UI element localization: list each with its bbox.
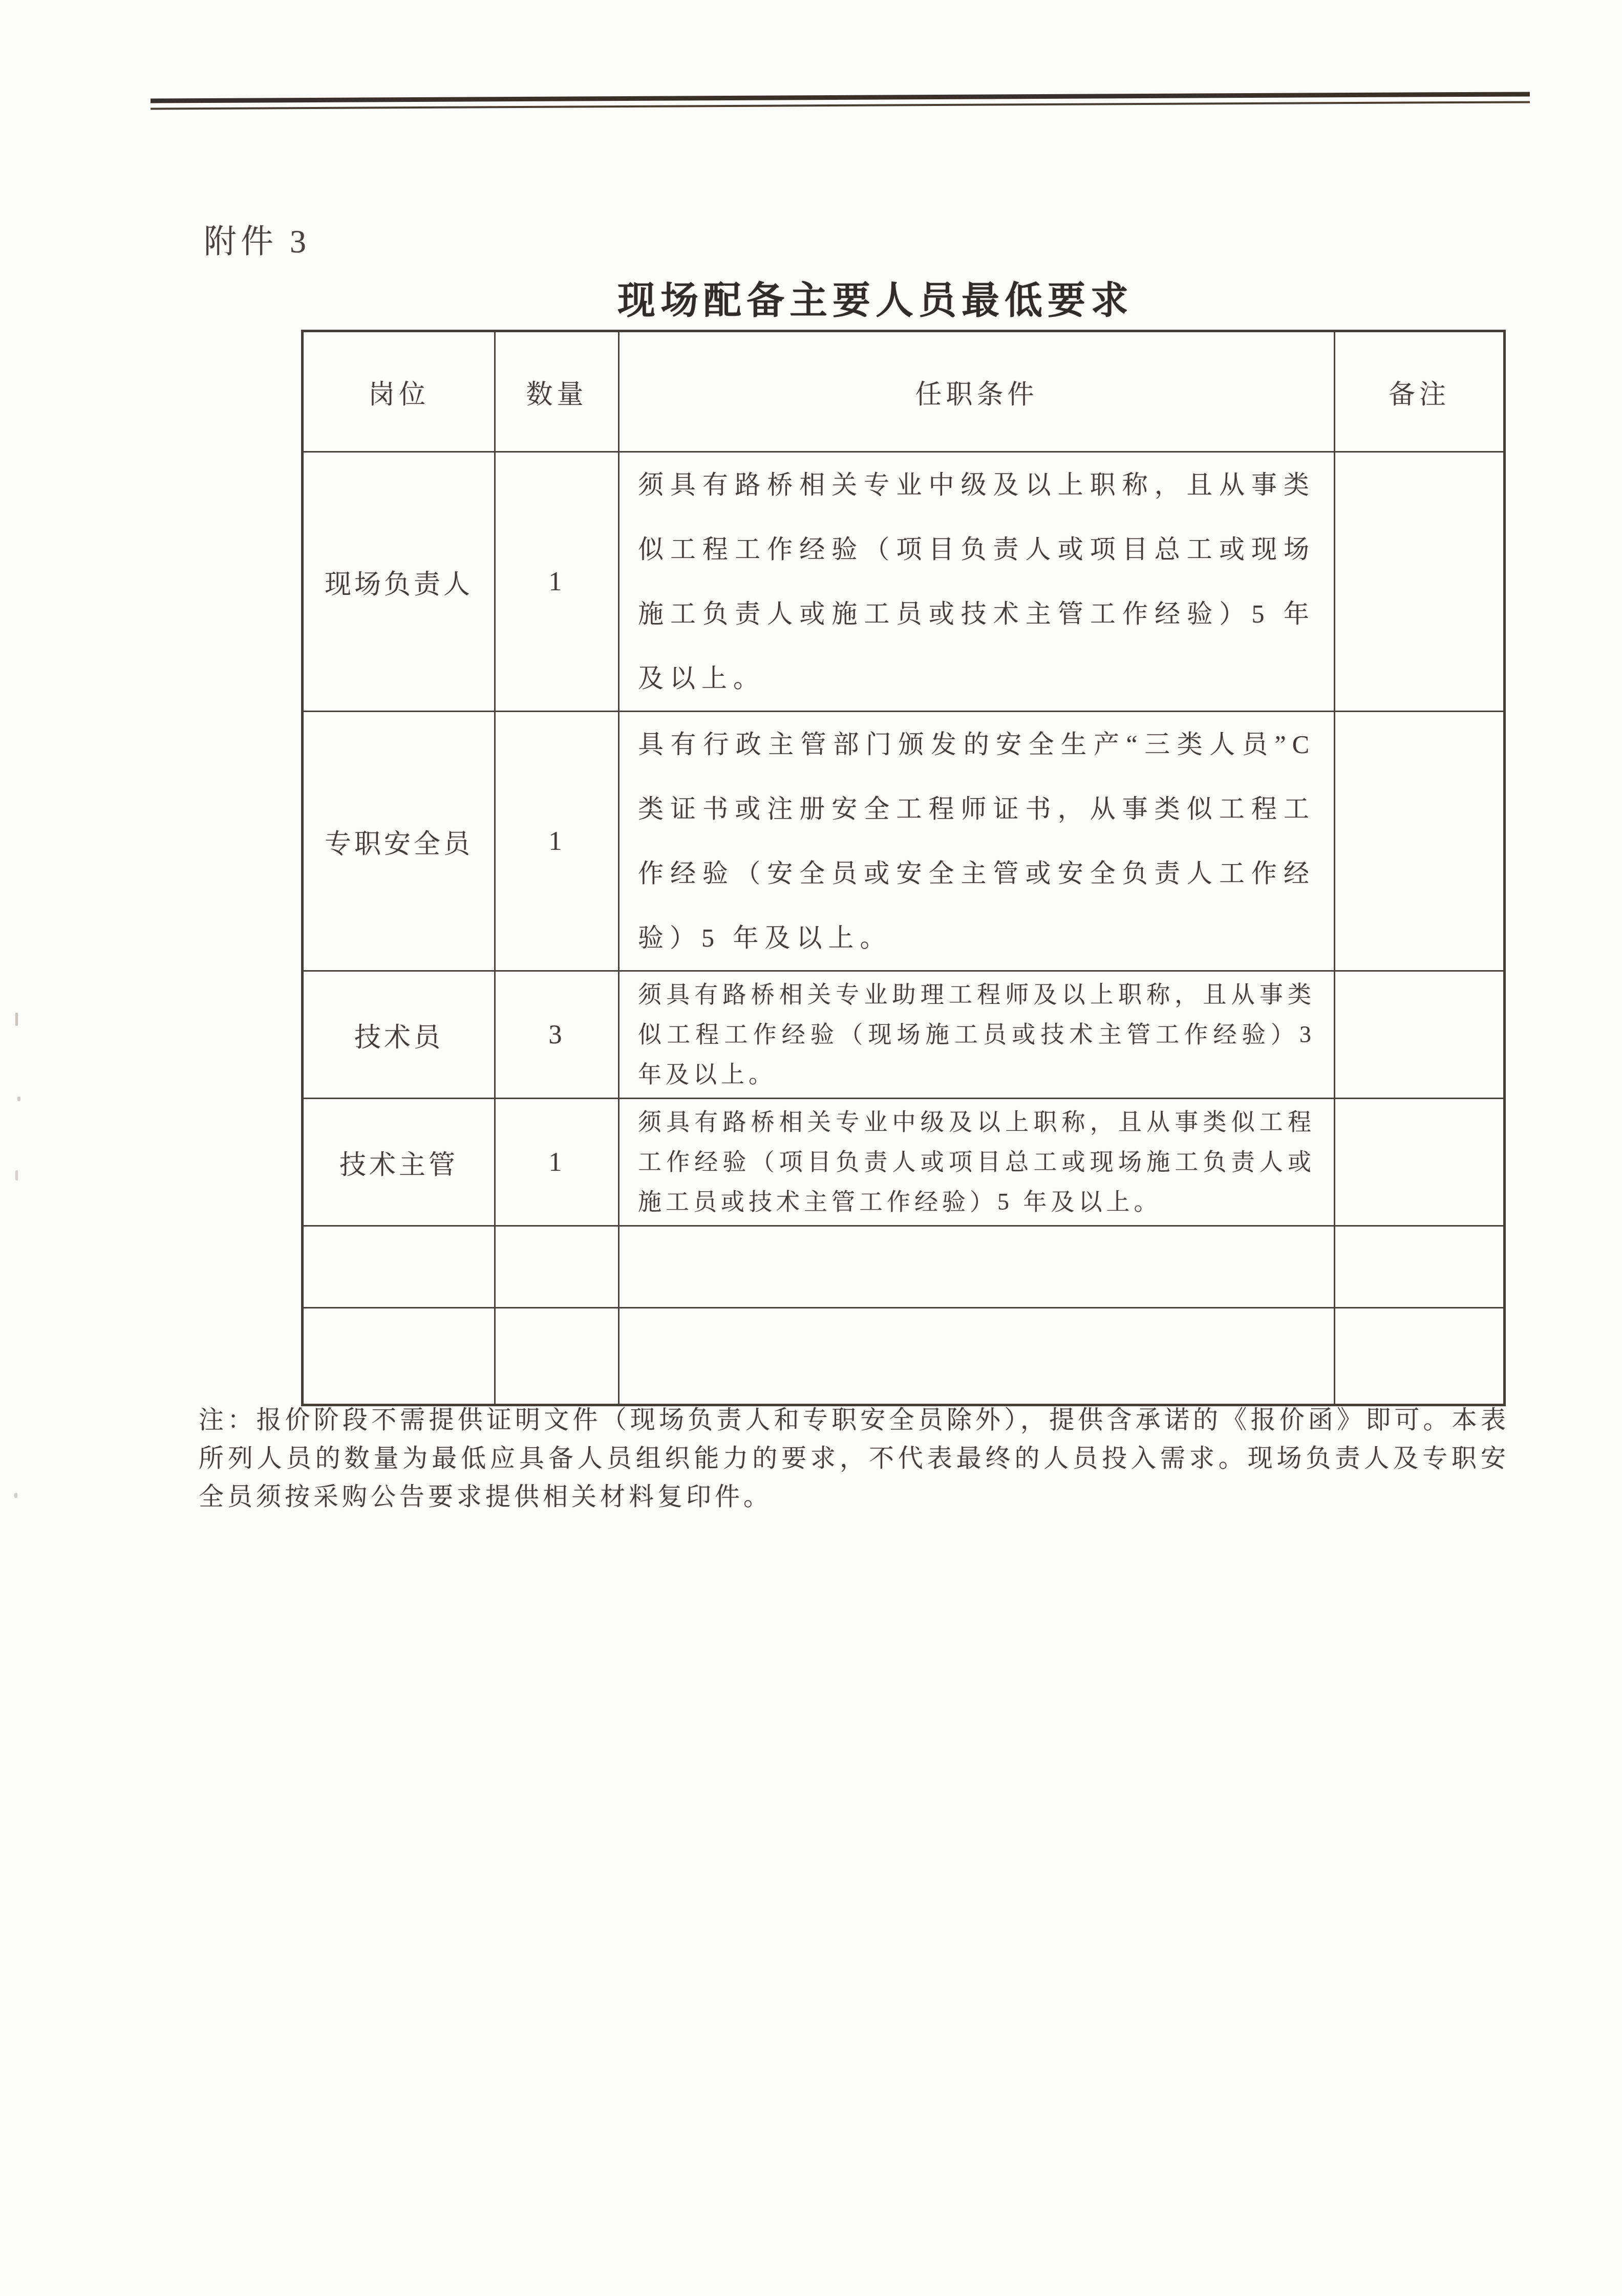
table-row: 专职安全员 1 具有行政主管部门颁发的安全生产“三类人员”C类证书或注册安全工程… — [303, 712, 1505, 971]
letterhead-double-rule — [151, 92, 1530, 110]
header-quantity: 数量 — [495, 331, 619, 452]
requirements-cell: 具有行政主管部门颁发的安全生产“三类人员”C类证书或注册安全工程师证书，从事类似… — [619, 712, 1335, 971]
table-row: 现场负责人 1 须具有路桥相关专业中级及以上职称，且从事类似工程工作经验（项目负… — [303, 452, 1505, 712]
position-cell: 技术员 — [303, 971, 495, 1099]
remark-cell — [1335, 712, 1505, 971]
remark-cell — [1335, 1099, 1505, 1226]
page-title: 现场配备主要人员最低要求 — [617, 270, 1134, 325]
rule-thin-line — [151, 101, 1530, 110]
position-cell: 技术主管 — [303, 1099, 495, 1226]
position-cell — [303, 1226, 495, 1308]
header-position: 岗位 — [303, 331, 495, 452]
quantity-cell: 1 — [495, 452, 619, 712]
requirements-cell — [619, 1226, 1335, 1308]
requirements-cell — [619, 1308, 1335, 1405]
scan-speck — [17, 1097, 20, 1101]
rule-thick-line — [151, 92, 1530, 103]
requirements-cell: 须具有路桥相关专业助理工程师及以上职称，且从事类似工程工作经验（现场施工员或技术… — [619, 971, 1335, 1099]
table-row: 技术主管 1 须具有路桥相关专业中级及以上职称，且从事类似工程工作经验（项目负责… — [303, 1099, 1505, 1226]
remark-cell — [1335, 1308, 1505, 1405]
header-requirements: 任职条件 — [619, 331, 1335, 452]
quantity-cell: 1 — [495, 1099, 619, 1226]
quantity-cell: 3 — [495, 971, 619, 1099]
header-remark: 备注 — [1335, 331, 1505, 452]
scanned-document-page: { "page": { "attachment_label": "附件 3", … — [0, 0, 1622, 2296]
quantity-cell: 1 — [495, 712, 619, 971]
requirements-cell: 须具有路桥相关专业中级及以上职称，且从事类似工程工作经验（项目负责人或项目总工或… — [619, 452, 1335, 712]
personnel-requirements-table: 岗位 数量 任职条件 备注 现场负责人 1 须具有路桥相关专业中级及以上职称，且… — [301, 330, 1506, 1406]
scan-speck — [15, 1170, 18, 1181]
position-cell — [303, 1308, 495, 1405]
scan-speck — [14, 1493, 17, 1498]
position-cell: 专职安全员 — [303, 712, 495, 971]
table-row-empty — [303, 1226, 1505, 1308]
remark-cell — [1335, 971, 1505, 1099]
footnote-paragraph: 注：报价阶段不需提供证明文件（现场负责人和专职安全员除外），提供含承诺的《报价函… — [199, 1401, 1509, 1516]
position-cell: 现场负责人 — [303, 452, 495, 712]
requirements-cell: 须具有路桥相关专业中级及以上职称，且从事类似工程工作经验（项目负责人或项目总工或… — [619, 1099, 1335, 1226]
remark-cell — [1335, 1226, 1505, 1308]
scan-speck — [15, 1013, 18, 1026]
table-header-row: 岗位 数量 任职条件 备注 — [303, 331, 1505, 452]
quantity-cell — [495, 1226, 619, 1308]
attachment-label: 附件 3 — [204, 215, 310, 262]
table-row-empty — [303, 1308, 1505, 1405]
quantity-cell — [495, 1308, 619, 1405]
table-row: 技术员 3 须具有路桥相关专业助理工程师及以上职称，且从事类似工程工作经验（现场… — [303, 971, 1505, 1099]
remark-cell — [1335, 452, 1505, 712]
